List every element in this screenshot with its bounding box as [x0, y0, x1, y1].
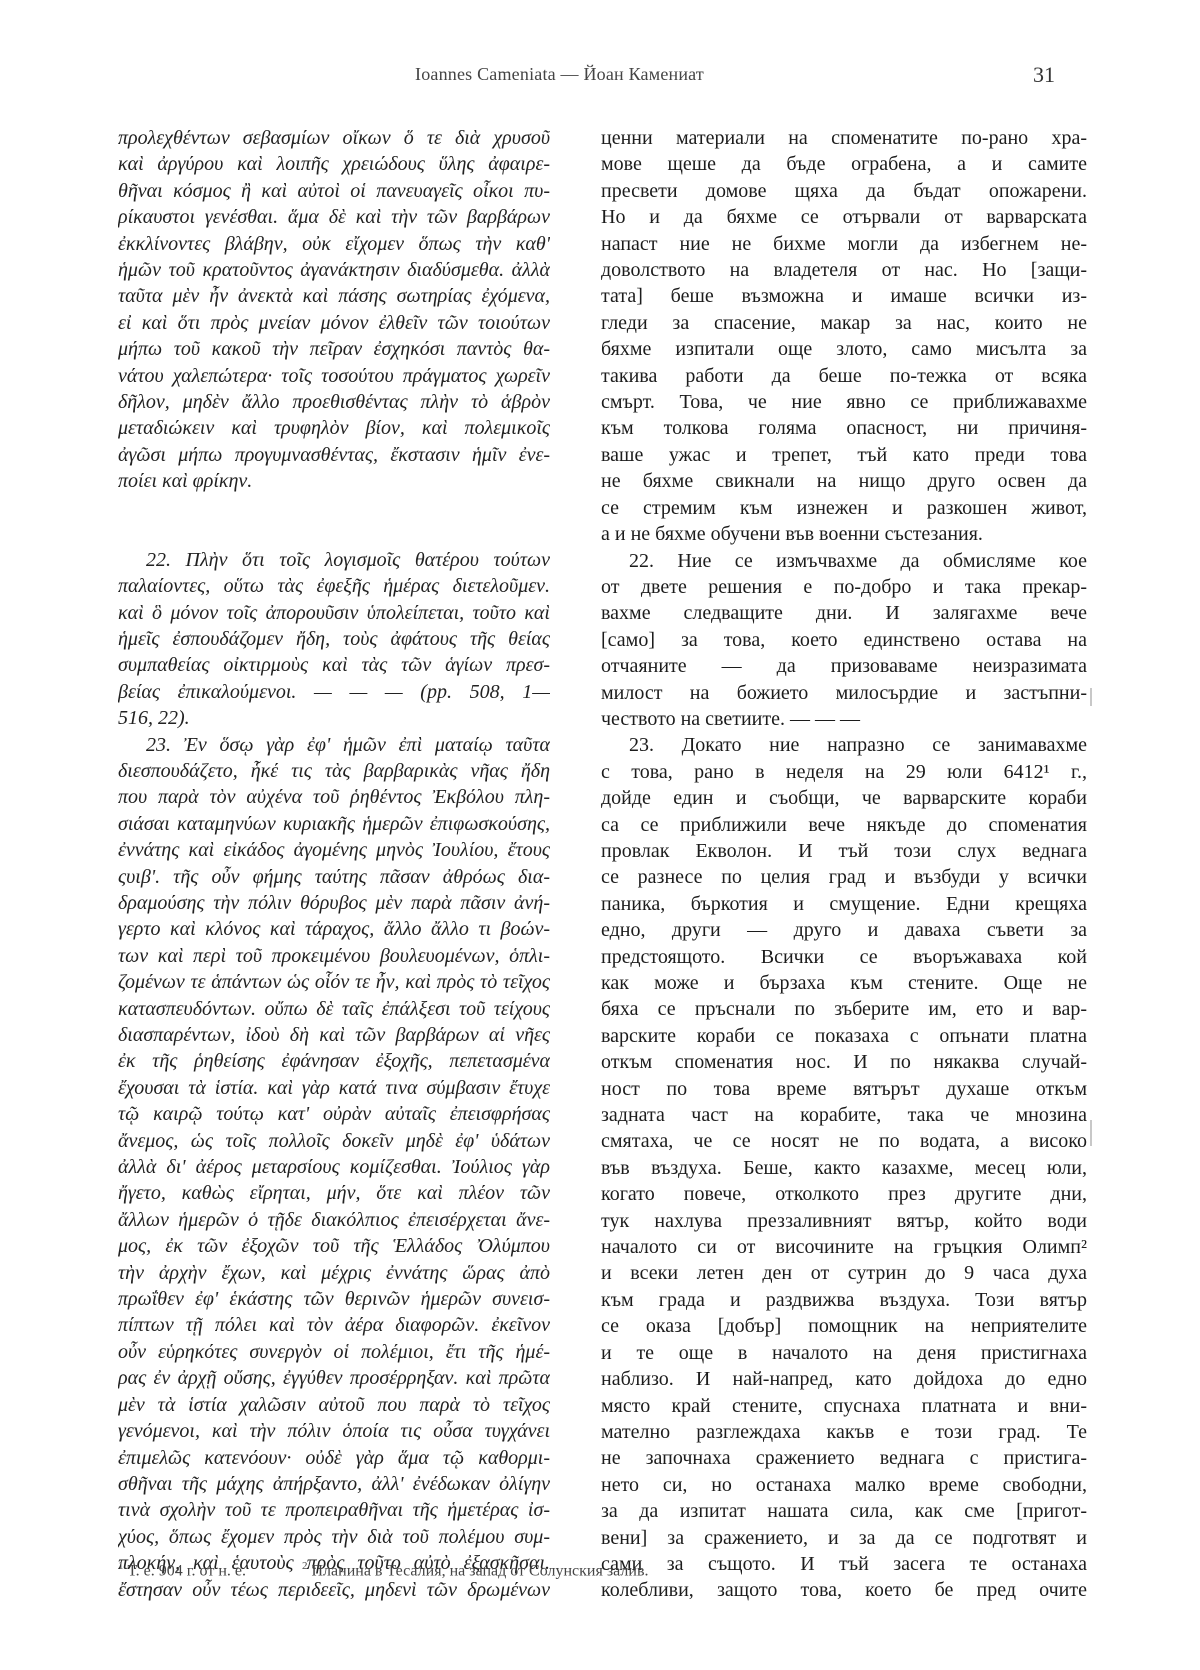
text-line: нето си, но останаха малко време свободн…	[601, 1472, 1087, 1498]
page-number: 31	[1033, 62, 1055, 88]
text-line: и всеки летен ден от сутрин до 9 часа ду…	[601, 1260, 1087, 1286]
text-line: откъм споменатия нос. И по някаква случа…	[601, 1049, 1087, 1075]
text-line: ἀλλὰ δι' ἀέρος μεταρσίους κομίζεσθαι. Ἰο…	[118, 1154, 550, 1180]
text-line: ἄλλων ἡμερῶν ὁ τῇδε διακόλπιος ἐπεισέρχε…	[118, 1207, 550, 1233]
text-line: смятаха, че се носят не по водата, а вис…	[601, 1128, 1087, 1154]
text-line: ἐννάτης καὶ εἰκάδος ἀγομένης μηνὸς Ἰουλί…	[118, 837, 550, 863]
text-line: а и не бяхме обучени във военни състезан…	[601, 521, 1087, 547]
footnote-mark: 2	[302, 1560, 308, 1572]
text-line: се разнесе по целия град и възбуди у вси…	[601, 864, 1087, 890]
greek-paragraph-22: 22. Πλὴν ὅτι τοῖς λογισμοῖς θατέρου τούτ…	[118, 547, 550, 732]
text-line: μὲν τὰ ἱστία χαλῶσιν αὐτοῦ που παρὰ τὸ τ…	[118, 1392, 550, 1418]
text-line: наблизо. И най-напред, като дойдоха до е…	[601, 1366, 1087, 1392]
text-line: ζομένων τε ἁπάντων ὡς οἷόν τε ἦν, καὶ πρ…	[118, 969, 550, 995]
text-line: γερτο καὶ κλόνος καὶ τάραχος, ἄλλο ἄλλο …	[118, 916, 550, 942]
text-line: тук нахлува преззаливният вятър, който в…	[601, 1208, 1087, 1234]
text-line: началото си от височините на гръцкия Оли…	[601, 1234, 1087, 1260]
text-line: των καὶ περὶ τοῦ προκειμένου βουλευομένω…	[118, 943, 550, 969]
footnote-text: Т. е. 904 г. от н. е.	[128, 1562, 246, 1579]
text-line: място край стените, спуснаха платната и …	[601, 1393, 1087, 1419]
text-line: τῷ καιρῷ τούτῳ κατ' οὐρὰν αὐταῖς ἐπεισφρ…	[118, 1101, 550, 1127]
greek-column: προλεχθέντων σεβασμίων οἴκων ὅ τε διὰ χρ…	[118, 125, 550, 1603]
text-line: бяхме изпитали още злото, само мисълта з…	[601, 336, 1087, 362]
greek-paragraph-intro: προλεχθέντων σεβασμίων οἴκων ὅ τε διὰ χρ…	[118, 125, 550, 495]
text-line: δῆλον, μηδὲν ἄλλο προεθισθέντας πλὴν τὸ …	[118, 389, 550, 415]
text-line: νάτου χαλεπώτερα· τοῖς τοσούτου πράγματο…	[118, 363, 550, 389]
text-line: διασπαρέντων, ἰδοὺ δὴ καὶ τῶν βαρβάρων α…	[118, 1022, 550, 1048]
paragraph-gap	[118, 495, 550, 547]
text-line: се стремим към изнежен и разкошен живот,	[601, 495, 1087, 521]
text-line: такива работи да беше по-тежка от всяка	[601, 363, 1087, 389]
text-line: κατασπευδόντων. οὔπω δὲ ταῖς ἐπάλξεσι το…	[118, 996, 550, 1022]
text-line: задната част на корабите, така че мнозин…	[601, 1102, 1087, 1128]
text-line: γενόμενοι, καὶ τὴν πόλιν ὁποία τις οὖσα …	[118, 1418, 550, 1444]
text-line: οὖν εὑρηκότες συνεργὸν οἱ πολέμιοι, ἔτι …	[118, 1339, 550, 1365]
text-line: ἀγῶσι μήπω προγυμνασθέντας, ἔκστασιν ἡμῖ…	[118, 442, 550, 468]
text-line: провлак Екволон. И тъй този слух веднага	[601, 838, 1087, 864]
text-line: 23. Докато ние напразно се занимавахме	[601, 732, 1087, 758]
scan-margin-mark	[1090, 688, 1092, 706]
text-line: 516, 22).	[118, 705, 550, 731]
text-line: ἐπιμελῶς κατενόουν· οὐδὲ γὰρ ἅμα τῷ καθο…	[118, 1445, 550, 1471]
text-line: [само] за това, което единствено остава …	[601, 627, 1087, 653]
text-line: ρας ἐν ἀρχῇ οὔσης, ἐγγύθεν προσέρρηξαν. …	[118, 1365, 550, 1391]
text-line: σθῆναι τῆς μάχης ἀπήρξαντο, ἀλλ' ἐνέδωκα…	[118, 1471, 550, 1497]
text-line: παλαίοντες, οὕτω τὰς ἐφεξῆς ἡμέρας διετε…	[118, 573, 550, 599]
text-line: ἐκκλίνοντες βλάβην, οὐκ εἴχομεν ὅπως τὴν…	[118, 231, 550, 257]
text-line: паника, бъркотия и смущение. Едни крещях…	[601, 891, 1087, 917]
text-line: към града и раздвижва въздуха. Този вятъ…	[601, 1287, 1087, 1313]
text-line: се оказа [добър] помощник на неприятелит…	[601, 1313, 1087, 1339]
text-line: ἄνεμος, ὡς τοῖς πολλοῖς δοκεῖν μηδὲ ἐφ' …	[118, 1128, 550, 1154]
text-line: μήπω τοῦ κακοῦ τὴν πεῖραν ἐσχηκόσι παντὸ…	[118, 336, 550, 362]
text-line: едно, други — друго и даваха съвети за	[601, 917, 1087, 943]
text-line: ἔστησαν οὖν τέως περιδεεῖς, μηδενὶ τῶν δ…	[118, 1577, 550, 1603]
text-line: ἔχουσαι τὰ ἱστία. καὶ γὰρ κατά τινα σύμβ…	[118, 1075, 550, 1101]
text-line: ποίει καὶ φρίκην.	[118, 468, 550, 494]
text-line: δραμούσης τὴν πόλιν θόρυβος μὲν παρὰ πᾶσ…	[118, 890, 550, 916]
text-line: към толкова голяма опасност, ни причиня-	[601, 415, 1087, 441]
text-line: ценни материали на споменатите по-рано х…	[601, 125, 1087, 151]
running-head: Ioannes Cameniata — Йоан Камениат 31	[0, 60, 1200, 90]
bulgarian-paragraph-22: 22. Ние се измъчвахме да обмисляме кое о…	[601, 548, 1087, 733]
footnote-1: 1 Т. е. 904 г. от н. е.	[118, 1560, 246, 1580]
text-line: ἐκ τῆς ῥηθείσης ἐφάνησαν ἐξοχῆς, πεπετασ…	[118, 1048, 550, 1074]
greek-paragraph-23: 23. Ἐν ὅσῳ γὰρ ἐφ' ἡμῶν ἐπὶ ματαίῳ ταῦτα…	[118, 732, 550, 1603]
text-line: напаст ние не бихме могли да избегнем не…	[601, 231, 1087, 257]
text-line: ρίκαυστοι γενέσθαι. ἅμα δὲ καὶ τὴν τῶν β…	[118, 204, 550, 230]
text-line: във въздуха. Беше, както казахме, месец …	[601, 1155, 1087, 1181]
text-line: вахме следващите дни. И залягахме вече	[601, 600, 1087, 626]
text-line: καὶ ἀργύρου καὶ λοιπῆς χρειώδους ὕλης ἀφ…	[118, 151, 550, 177]
text-line: που παρὰ τὸν αὐχένα τοῦ ῥηθέντος Ἐκβόλου…	[118, 784, 550, 810]
text-line: милост на божието милосърдие и застъпни-	[601, 680, 1087, 706]
running-title: Ioannes Cameniata — Йоан Камениат	[415, 64, 704, 85]
text-line: ност по това време вятърът духаше откъм	[601, 1076, 1087, 1102]
bulgarian-paragraph-23: 23. Докато ние напразно се занимавахме с…	[601, 732, 1087, 1603]
text-line: с това, рано в неделя на 29 юли 6412¹ г.…	[601, 759, 1087, 785]
text-line: тата] беше възможна и имаше всички из-	[601, 283, 1087, 309]
text-line: 23. Ἐν ὅσῳ γὰρ ἐφ' ἡμῶν ἐπὶ ματαίῳ ταῦτα	[118, 732, 550, 758]
text-line: мателно разглеждаха какъв е този град. Т…	[601, 1419, 1087, 1445]
text-line: 22. Πλὴν ὅτι τοῖς λογισμοῖς θατέρου τούτ…	[118, 547, 550, 573]
text-line: пресвети домове щяха да бъдат опожарени.	[601, 178, 1087, 204]
text-line: μος, ἐκ τῶν ἐξοχῶν τοῦ τῆς Ἑλλάδος Ὀλύμπ…	[118, 1233, 550, 1259]
bulgarian-column: ценни материали на споменатите по-рано х…	[601, 125, 1087, 1604]
text-line: πρωΐθεν ἐφ' ἑκάστης τῶν θερινῶν ἡμερῶν σ…	[118, 1286, 550, 1312]
text-line: варските кораби се показаха с опънати пл…	[601, 1023, 1087, 1049]
text-line: ваше ужас и трепет, тъй като преди това	[601, 442, 1087, 468]
footnote-2: 2 Планина в Тесалия, на запад от Солунск…	[302, 1560, 649, 1580]
text-line: διεσπουδάζετο, ἧκέ τις τὰς βαρβαρικὰς νῆ…	[118, 758, 550, 784]
text-line: συμπαθείας οἰκτιρμοὺς καὶ τὰς τῶν ἁγίων …	[118, 652, 550, 678]
footnotes: 1 Т. е. 904 г. от н. е. 2 Планина в Теса…	[118, 1560, 1018, 1580]
text-line: са се приближили вече някъде до споменат…	[601, 812, 1087, 838]
text-line: доволството на владетеля от нас. Но [защ…	[601, 257, 1087, 283]
bulgarian-paragraph-intro: ценни материали на споменатите по-рано х…	[601, 125, 1087, 548]
text-line: πίπτων τῇ πόλει καὶ τὸν ἀέρα διαφορῶν. ἐ…	[118, 1312, 550, 1338]
footnote-mark: 1	[118, 1560, 124, 1572]
footnote-text: Планина в Тесалия, на запад от Солунския…	[311, 1562, 648, 1579]
book-page: Ioannes Cameniata — Йоан Камениат 31 προ…	[0, 0, 1200, 1670]
text-line: от двете решения е по-добро и така прека…	[601, 574, 1087, 600]
text-line: ἤγετο, καθὼς εἴρηται, μήν, ὅτε καὶ πλέον…	[118, 1180, 550, 1206]
text-line: χύος, ὅπως ἔχομεν πρὸς τὴν διὰ τοῦ πολέμ…	[118, 1524, 550, 1550]
text-line: чеството на светиите. — — —	[601, 706, 1087, 732]
text-line: колебливи, защото това, което бе пред оч…	[601, 1577, 1087, 1603]
text-line: не започнаха сражението веднага с присти…	[601, 1445, 1087, 1471]
text-line: предстоящото. Всички се въоръжаваха кой	[601, 944, 1087, 970]
text-line: τὴν ἀρχὴν ἔχων, καὶ μέχρις ἐννάτης ὥρας …	[118, 1260, 550, 1286]
text-line: дойде един и съобщи, че варварските кора…	[601, 785, 1087, 811]
text-line: бяха се пръснали по зъберите им, ето и в…	[601, 996, 1087, 1022]
text-line: гледи за спасение, макар за нас, които н…	[601, 310, 1087, 336]
scan-margin-mark	[1090, 1120, 1092, 1146]
text-line: отчаяните — да призоваваме неизразимата	[601, 653, 1087, 679]
text-line: θῆναι κόσμος ἢ καὶ αὐτοὶ οἱ πανευαγεῖς ο…	[118, 178, 550, 204]
text-line: 22. Ние се измъчвахме да обмисляме кое	[601, 548, 1087, 574]
text-line: за да изпитат нашата сила, как сме [приг…	[601, 1498, 1087, 1524]
text-line: не бяхме свикнали на нищо друго освен да	[601, 468, 1087, 494]
text-line: вени] за сражението, и за да се подготвя…	[601, 1525, 1087, 1551]
text-line: βείας ἐπικαλούμενοι. — — — (pp. 508, 1—	[118, 679, 550, 705]
text-line: когато повече, отколкото през другите дн…	[601, 1181, 1087, 1207]
text-line: ςυιβ'. τῆς οὖν φήμης ταύτης πᾶσαν ἀθρόως…	[118, 864, 550, 890]
text-line: καὶ ὃ μόνον τοῖς ἀπορουῦσιν ὑπολείπεται,…	[118, 600, 550, 626]
text-line: как може и бързаха към стените. Още не	[601, 970, 1087, 996]
text-line: мове щеше да бъде ограбена, а и самите	[601, 151, 1087, 177]
text-line: ταῦτα μὲν ἦν ἀνεκτὰ καὶ πάσης σωτηρίας ἐ…	[118, 283, 550, 309]
text-line: εἰ καὶ ὅτι πρὸς μνείαν μόνον ἐλθεῖν τῶν …	[118, 310, 550, 336]
text-line: смърт. Това, че ние явно се приближавахм…	[601, 389, 1087, 415]
text-line: προλεχθέντων σεβασμίων οἴκων ὅ τε διὰ χρ…	[118, 125, 550, 151]
text-line: ἡμεῖς ἐσπουδάζομεν ἤδη, τοὺς ἀφάτους τῆς…	[118, 626, 550, 652]
text-line: Но и да бяхме се отървали от варварската	[601, 204, 1087, 230]
text-line: ἡμῶν τοῦ κρατοῦντος ἀγανάκτησιν διαδύσμε…	[118, 257, 550, 283]
text-line: τινὰ σχολὴν τοῦ τε προπειραθῆναι τῆς ἡμε…	[118, 1497, 550, 1523]
text-line: μεταδιώκειν καὶ τρυφηλὸν βίον, καὶ πολεμ…	[118, 415, 550, 441]
text-line: и те още в началото на деня пристигнаха	[601, 1340, 1087, 1366]
text-line: σιάσαι καταμηνύων κυριακῆς ἡμερῶν ἐπιφωσ…	[118, 811, 550, 837]
